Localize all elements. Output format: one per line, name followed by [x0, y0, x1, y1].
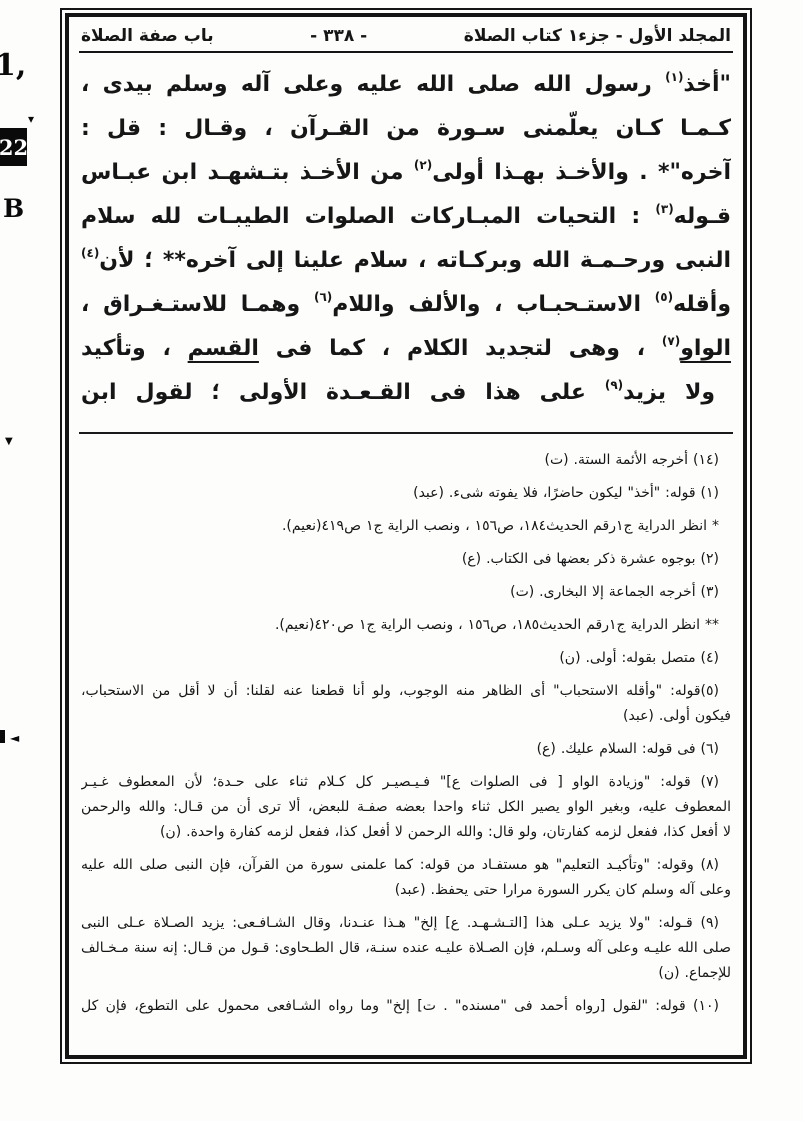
text-run: "أخذ: [683, 72, 731, 97]
page-tab-22: 22: [0, 128, 27, 166]
text-run: ، وهى لتجديد الكلام ، كما فى: [259, 336, 662, 361]
text-run: قـوله: [674, 204, 731, 229]
body-line: الواو(٧) ، وهى لتجديد الكلام ، كما فى ال…: [81, 327, 731, 371]
margin-mark-numeral: 1,: [0, 48, 26, 83]
arrow-down-icon: ▼: [5, 436, 13, 447]
footnote-line: صلى الله عليـه وعلى آله وسـلم، فإن الصـل…: [81, 936, 731, 961]
text-run: كـمـا كـان يعلّمنى سـورة من القـرآن ، وق…: [81, 116, 731, 151]
body-line: كـمـا كـان يعلّمنى سـورة من القـرآن ، وق…: [81, 107, 731, 151]
footnote-line: المعطوف عليه، وبغير الواو يصير الكل ثناء…: [81, 795, 731, 820]
footnote: (٣) أخرجه الجماعة إلا البخارى. (ت): [81, 580, 731, 605]
footnote-line: * انظر الدراية ج١رقم الحديث١٨٤، ص١٥٦ ، و…: [81, 514, 731, 539]
arrow-down-icon: ▾: [28, 112, 34, 126]
footnote-marker: (٣): [655, 202, 673, 216]
text-run: : التحيات المبـاركات الصلوات الطيبـات لل…: [81, 204, 731, 239]
footnote: (٢) بوجوه عشرة ذكر بعضها فى الكتاب. (ع): [81, 547, 731, 572]
footnotes: (١٤) أخرجه الأئمة الستة. (ت)(١) قوله: "أ…: [79, 438, 733, 1055]
body-line: النبى ورحـمـة الله وبركـاته ، سلام علينا…: [81, 239, 731, 283]
footnote-line: (٤) متصل بقوله: أولى. (ن): [81, 646, 731, 671]
footnote-marker: (٥): [655, 290, 673, 304]
arrow-left-icon: ◄: [10, 731, 19, 745]
page-content-area: المجلد الأول - جزء١ كتاب الصلاة - ٣٣٨ - …: [65, 13, 747, 1059]
text-run: النبى ورحـمـة الله وبركـاته ، سلام علينا…: [99, 248, 731, 273]
margin-mark-letter-b: B: [3, 194, 24, 223]
body-line: قـوله(٣) : التحيات المبـاركات الصلوات ال…: [81, 195, 731, 239]
footnote-marker: (٩): [605, 378, 623, 392]
footnote: * انظر الدراية ج١رقم الحديث١٨٤، ص١٥٦ ، و…: [81, 514, 731, 539]
footnote-marker: (٤): [81, 246, 99, 260]
footnote: (١) قوله: "أخذ" ليكون حاضرًا، فلا يفوته …: [81, 481, 731, 506]
footnote-line: ** انظر الدراية ج١رقم الحديث١٨٥، ص١٥٦ ، …: [81, 613, 731, 638]
footnote: (١٠) قوله: "لقول [رواه أحمد فى "مسنده" .…: [81, 994, 731, 1019]
footnote-line: (٧) قوله: "وزيادة الواو [ فى الصلوات ع]"…: [81, 770, 731, 795]
footnote-marker: (٦): [314, 290, 332, 304]
footnote: ** انظر الدراية ج١رقم الحديث١٨٥، ص١٥٦ ، …: [81, 613, 731, 638]
footnote: (٨) وقوله: "وتأكيـد التعليم" هو مستفـاد …: [81, 853, 731, 903]
footnote-line: لا أفعل كذا، ففعل لزمه كفارتان، ولو قال:…: [81, 820, 731, 845]
footnote-marker: (٧): [662, 334, 680, 348]
underlined-text: القسم: [188, 336, 259, 361]
text-run: رسول الله صلى الله عليه وعلى آله وسلم بي…: [81, 72, 731, 107]
text-run: ولا يزيد: [623, 380, 715, 405]
footnote: (٦) فى قوله: السلام عليك. (ع): [81, 737, 731, 762]
scan-artifact-blip: [0, 730, 5, 743]
header-chapter-title: باب صفة الصلاة: [81, 26, 214, 46]
footnote: (٥)قوله: "وأقله الاستحباب" أى الظاهر منه…: [81, 679, 731, 729]
footnote-line: (٥)قوله: "وأقله الاستحباب" أى الظاهر منه…: [81, 679, 731, 704]
text-run: وأقله: [673, 292, 731, 317]
footnote: (٧) قوله: "وزيادة الواو [ فى الصلوات ع]"…: [81, 770, 731, 845]
footnote: (٤) متصل بقوله: أولى. (ن): [81, 646, 731, 671]
footnote-line: (١) قوله: "أخذ" ليكون حاضرًا، فلا يفوته …: [81, 481, 731, 506]
footnote-line: فيكون أولى. (عبد): [81, 704, 731, 729]
footnote-line: (١٤) أخرجه الأئمة الستة. (ت): [81, 448, 731, 473]
footnote-line: وعلى آله وسلم كان يكرر السورة مرارا حتى …: [81, 878, 731, 903]
footnote-marker: (٢): [414, 158, 432, 172]
header-volume-title: المجلد الأول - جزء١ كتاب الصلاة: [464, 26, 731, 46]
footnote-line: (٢) بوجوه عشرة ذكر بعضها فى الكتاب. (ع): [81, 547, 731, 572]
footnote: (٩) قـوله: "ولا يزيد عـلى هذا [التـشـهـد…: [81, 911, 731, 986]
footnote-line: (٩) قـوله: "ولا يزيد عـلى هذا [التـشـهـد…: [81, 911, 731, 936]
body-line: آخره"* . والأخـذ بهـذا أولى(٢) من الأخـذ…: [81, 151, 731, 195]
underlined-text: الواو: [680, 336, 731, 361]
page-border-frame: المجلد الأول - جزء١ كتاب الصلاة - ٣٣٨ - …: [60, 8, 752, 1064]
footnote-marker: (١): [665, 70, 683, 84]
footnote-line: (١٠) قوله: "لقول [رواه أحمد فى "مسنده" .…: [81, 994, 731, 1019]
text-run: آخره"* . والأخـذ بهـذا أولى: [432, 160, 731, 185]
running-header: المجلد الأول - جزء١ كتاب الصلاة - ٣٣٨ - …: [79, 17, 733, 53]
footnote-line: (٦) فى قوله: السلام عليك. (ع): [81, 737, 731, 762]
body-line: ولا يزيد(٩) على هذا فى القـعـدة الأولى ؛…: [81, 371, 731, 415]
body-line: وأقله(٥) الاستـحبـاب ، والألف واللام(٦) …: [81, 283, 731, 327]
footnote-line: (٨) وقوله: "وتأكيـد التعليم" هو مستفـاد …: [81, 853, 731, 878]
footnote-line: (٣) أخرجه الجماعة إلا البخارى. (ت): [81, 580, 731, 605]
text-run: الاستـحبـاب ، والألف واللام: [332, 292, 654, 317]
footnote-line: للإجماع. (ن): [81, 961, 731, 986]
footnote: (١٤) أخرجه الأئمة الستة. (ت): [81, 448, 731, 473]
scanned-book-page: { "header": { "right": "المجلد الأول - ج…: [0, 0, 803, 1121]
body-text: "أخذ(١) رسول الله صلى الله عليه وعلى آله…: [79, 53, 733, 415]
page-number: - ٣٣٨ -: [310, 26, 367, 46]
body-line: "أخذ(١) رسول الله صلى الله عليه وعلى آله…: [81, 63, 731, 107]
footnote-separator-rule: [79, 432, 733, 434]
